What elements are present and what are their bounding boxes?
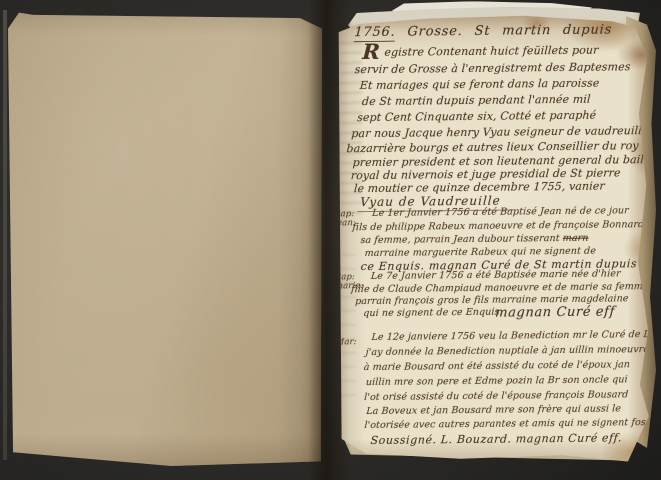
left-page-blank — [8, 8, 322, 466]
entry-line: Le 7e Janvier 1756 a été Baptisée marie … — [371, 268, 621, 282]
intro-line: le moutier ce quinze decembre 1755, vani… — [354, 179, 606, 195]
drop-cap: R — [362, 39, 381, 64]
manuscript-scan: 1756. Grosse. St martin dupuis R egistre… — [0, 0, 661, 480]
entry-line: Le 12e janviere 1756 veu la Benediction … — [371, 329, 650, 343]
page-header: 1756. Grosse. St martin dupuis — [354, 22, 613, 40]
entry-line: sa femme, parrain Jean dubour tisserant … — [360, 233, 589, 246]
struck-word: marn — [562, 233, 588, 244]
entry-line: j'ay donnée la Benediction nuptiale à ja… — [365, 344, 650, 358]
right-page-manuscript: 1756. Grosse. St martin dupuis R egistre… — [334, 14, 650, 466]
entry-line: l'ot orisé assisté du coté de l'épouse f… — [364, 389, 629, 403]
entry-line: La Boveux et jan Bousard mre son frère q… — [366, 403, 621, 417]
entry-line: Le 1er Janvier 1756 a été Baptisé Jean n… — [372, 205, 629, 219]
entry-line: à marie Bousard ont été assisté du coté … — [363, 359, 630, 373]
entry-line: qui ne signent de ce Enquis. — [363, 307, 503, 319]
intro-line: de St martin dupuis pendant l'année mil — [362, 93, 591, 108]
intro-line: sept Cent Cinquante six, Cotté et paraph… — [357, 109, 597, 125]
entry-line: fils de philippe Rabeux manoeuvre et de … — [352, 219, 645, 233]
entry-line: uillin mre son pere et Edme pozin la Br … — [366, 374, 628, 388]
handwriting-layer: 1756. Grosse. St martin dupuis R egistre… — [334, 14, 650, 466]
entry-line-signature: Soussigné. L. Bouzard. magnan Curé eff. — [370, 431, 622, 447]
entry-line-signature: magnan Curé eff — [495, 304, 616, 320]
intro-line: Et mariages qui se feront dans la parois… — [359, 77, 599, 93]
intro-line: par nous Jacque henry Vyau seigneur de v… — [351, 124, 649, 140]
intro-line: egistre Contenant huict feüillets pour — [384, 44, 599, 59]
intro-line: servir de Grosse à l'enregistremt des Ba… — [354, 60, 631, 76]
entry-line: l'otorisée avec autres parantes et amis … — [364, 417, 650, 431]
cover-edge — [3, 10, 7, 460]
header-title: Grosse. St martin dupuis — [407, 22, 612, 39]
